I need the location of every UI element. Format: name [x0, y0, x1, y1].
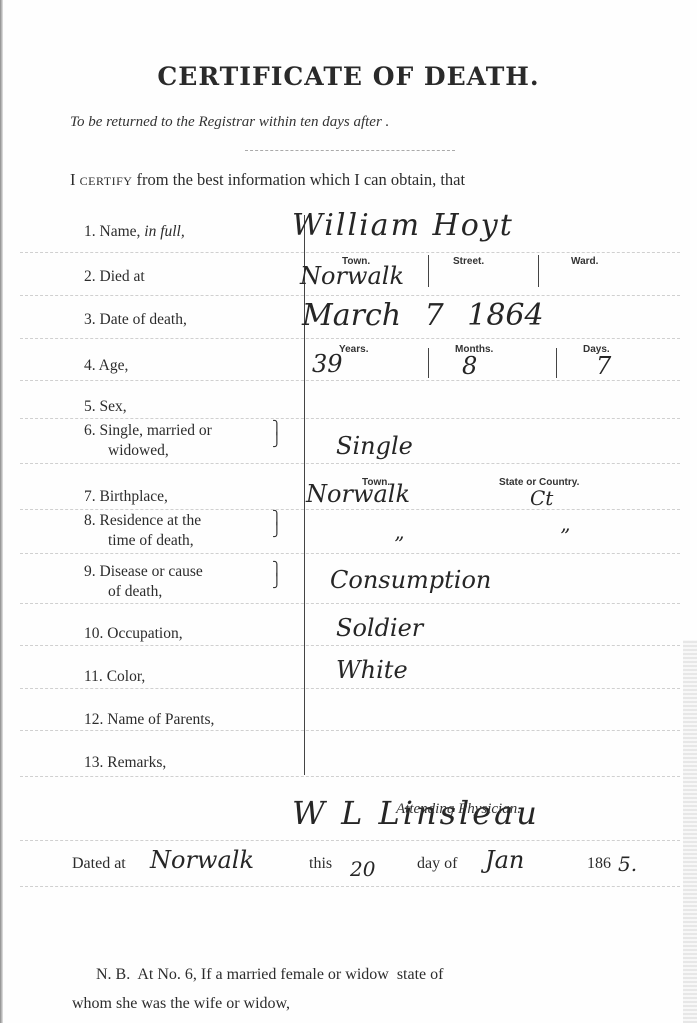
certify-rest: from the best information which I can ob…	[137, 170, 466, 189]
certify-word: certify	[80, 170, 133, 189]
certify-lead: I	[70, 170, 76, 189]
field-value-residence-town: ”	[394, 532, 404, 556]
footnote-line: N. B. At No. 6, If a married female or w…	[72, 960, 443, 989]
field-label-text: Name,	[100, 223, 141, 240]
day-of-label: day of	[417, 855, 457, 873]
field-label-died-at: 2. Died at	[84, 268, 145, 286]
certificate-subtitle: To be returned to the Registrar within t…	[70, 114, 389, 131]
page-edge-right	[683, 640, 697, 1023]
field-label-text: Age,	[99, 357, 129, 374]
dated-day: 20	[350, 857, 375, 881]
field-label-text: Birthplace,	[100, 488, 168, 505]
row-rule	[20, 380, 680, 381]
field-number: 1.	[84, 223, 96, 241]
field-label-text: Died at	[100, 268, 145, 285]
column-head-street: Street.	[453, 256, 484, 267]
dated-month: Jan	[485, 846, 524, 874]
year-prefix: 186	[587, 855, 611, 873]
row-rule	[20, 776, 680, 777]
row-rule	[20, 645, 680, 646]
dated-label: Dated at	[72, 855, 126, 873]
subcolumn-divider	[428, 348, 429, 378]
subcolumn-divider	[428, 255, 429, 287]
certificate-page: CERTIFICATE OF DEATH. To be returned to …	[0, 0, 697, 1023]
certificate-title: CERTIFICATE OF DEATH.	[0, 62, 697, 91]
field-number: 12.	[84, 711, 103, 728]
field-label-text: Name of Parents,	[107, 711, 214, 728]
field-label-text: of death,	[84, 582, 203, 602]
field-label-occupation: 10. Occupation,	[84, 625, 183, 643]
row-rule	[20, 886, 680, 887]
field-label-text: Date of death,	[100, 311, 187, 328]
row-rule	[20, 840, 680, 841]
field-label-text: widowed,	[84, 441, 212, 461]
field-value-birthplace-state: Ct	[530, 486, 553, 510]
this-label: this	[309, 855, 332, 873]
row-rule	[20, 463, 680, 464]
brace-icon: ⎫⎭	[272, 423, 282, 447]
field-value-marital-status: Single	[336, 432, 413, 460]
field-label-text: Residence at the	[100, 512, 202, 529]
field-number: 10.	[84, 625, 103, 642]
field-number: 8.	[84, 512, 96, 529]
field-value-color: White	[336, 656, 408, 684]
field-label-text: Sex,	[100, 398, 127, 415]
row-rule	[20, 418, 680, 419]
field-number: 5.	[84, 398, 96, 415]
field-value-age-days: 7	[596, 352, 611, 380]
year-suffix: 5.	[618, 852, 637, 876]
field-label-parents: 12. Name of Parents,	[84, 711, 214, 729]
field-value-residence-state: ”	[560, 524, 570, 548]
field-label-sex: 5. Sex,	[84, 398, 127, 416]
row-rule	[20, 730, 680, 731]
row-rule	[20, 338, 680, 339]
field-label-text: Remarks,	[107, 754, 166, 771]
brace-icon: ⎫⎭	[272, 513, 282, 537]
attending-physician-label: Attending Physician.	[396, 801, 521, 818]
field-number: 9.	[84, 563, 96, 580]
column-head-ward: Ward.	[571, 256, 598, 267]
field-label-text: Disease or cause	[100, 563, 203, 580]
field-label-birthplace: 7. Birthplace,	[84, 488, 168, 506]
field-label-text: Color,	[107, 668, 146, 685]
field-number: 3.	[84, 311, 96, 328]
field-label-text: Single, married or	[100, 422, 212, 439]
field-label-italic: in full,	[144, 223, 184, 240]
column-head-years: Years.	[339, 344, 368, 355]
field-value-disease: Consumption	[330, 566, 491, 594]
field-number: 2.	[84, 268, 96, 285]
footnote: N. B. At No. 6, If a married female or w…	[72, 960, 443, 1018]
footnote-line: whom she was the wife or widow,	[72, 989, 443, 1018]
row-rule	[20, 603, 680, 604]
field-number: 11.	[84, 668, 103, 685]
field-value-age-months: 8	[462, 352, 477, 380]
brace-icon: ⎫⎭	[272, 564, 282, 588]
field-value-birthplace-town: Norwalk	[306, 480, 410, 508]
header-divider	[245, 150, 455, 151]
row-rule	[20, 688, 680, 689]
field-label-date-of-death: 3. Date of death,	[84, 311, 187, 329]
field-value-died-town: Norwalk	[300, 262, 404, 290]
field-label-text: time of death,	[84, 531, 201, 551]
subcolumn-divider	[556, 348, 557, 378]
row-rule	[20, 553, 680, 554]
field-value-date-of-death: March 7 1864	[302, 298, 544, 333]
field-number: 6.	[84, 422, 96, 439]
field-number: 7.	[84, 488, 96, 505]
page-edge-left	[0, 0, 3, 1023]
field-label-marital-status: 6. Single, married or widowed,	[84, 421, 212, 461]
field-label-remarks: 13. Remarks,	[84, 754, 166, 772]
field-label-disease: 9. Disease or cause of death,	[84, 562, 203, 602]
field-label-name: 1. Name, in full,	[84, 223, 185, 241]
field-value-occupation: Soldier	[336, 614, 423, 642]
row-rule	[20, 252, 680, 253]
field-number: 4.	[84, 357, 96, 374]
dated-place: Norwalk	[150, 846, 254, 874]
row-rule	[20, 295, 680, 296]
field-value-name: William Hoyt	[292, 208, 514, 243]
field-label-age: 4. Age,	[84, 357, 128, 375]
certify-statement: I certify from the best information whic…	[70, 170, 465, 190]
row-rule	[20, 509, 680, 510]
field-label-color: 11. Color,	[84, 668, 145, 686]
subcolumn-divider	[538, 255, 539, 287]
field-label-text: Occupation,	[107, 625, 182, 642]
field-value-age-years: 39	[312, 350, 343, 378]
field-number: 13.	[84, 754, 103, 771]
field-label-residence: 8. Residence at the time of death,	[84, 511, 201, 551]
